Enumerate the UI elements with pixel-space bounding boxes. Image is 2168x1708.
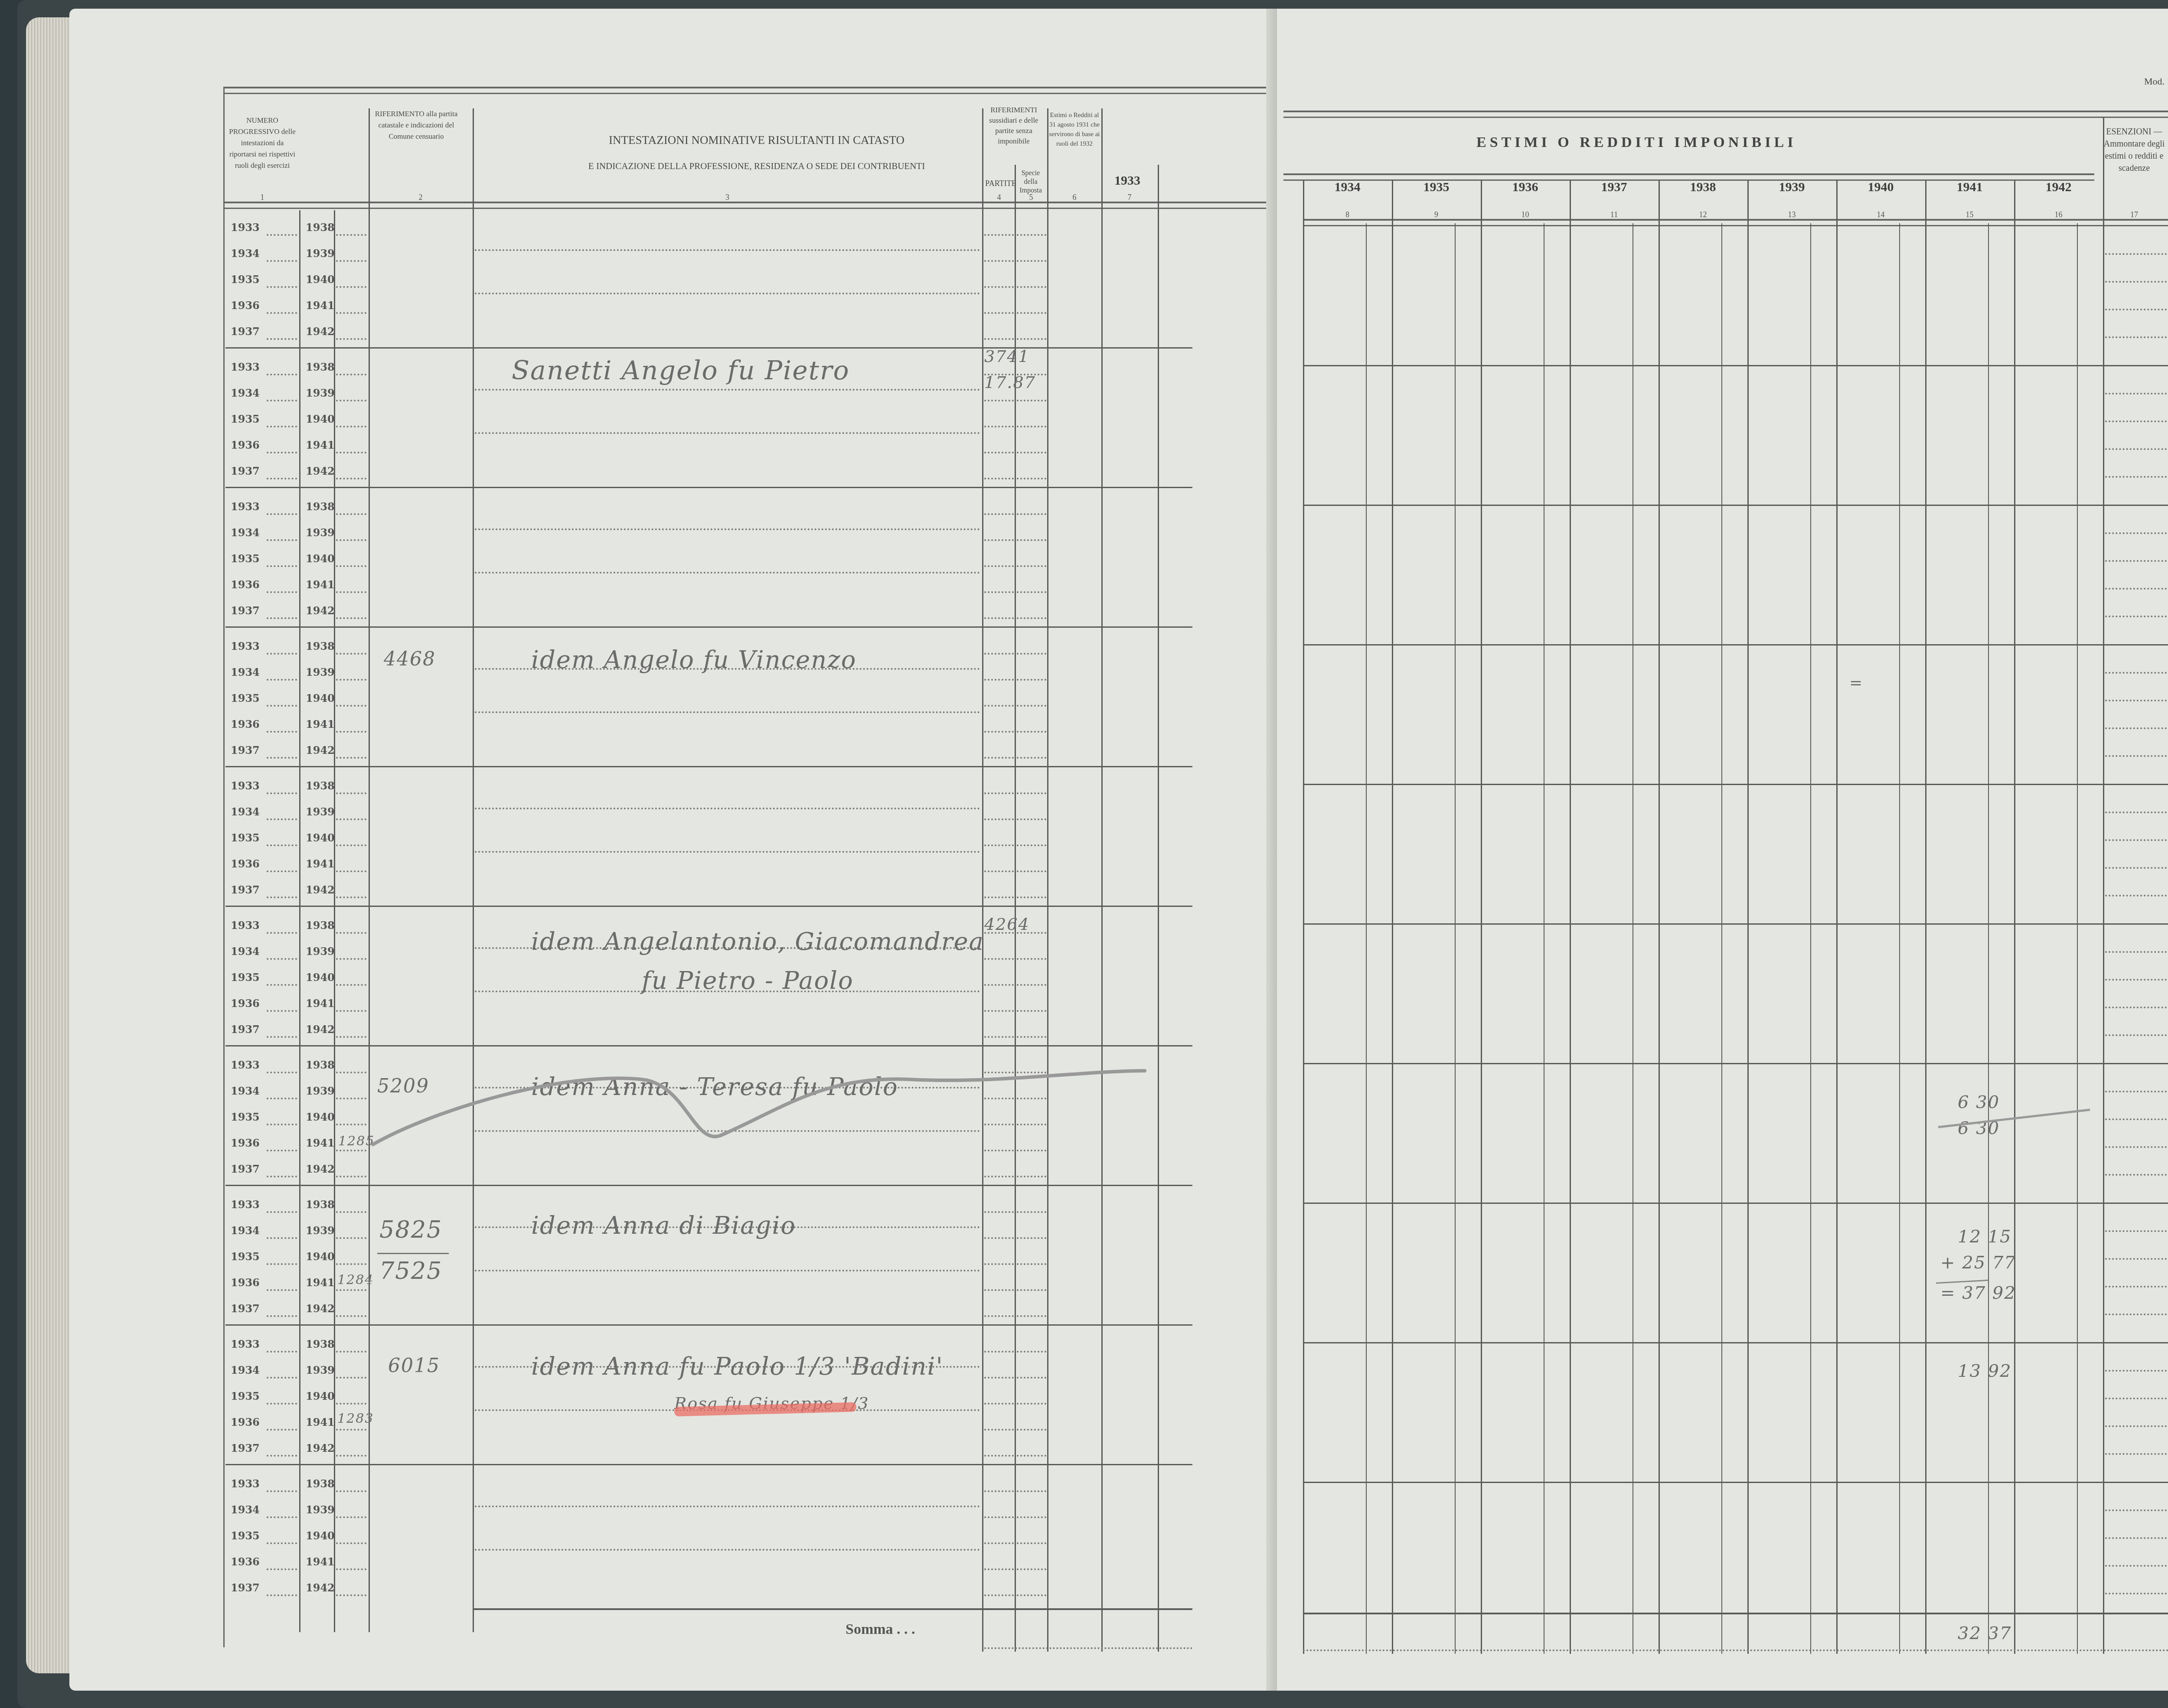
dotted-line (1017, 705, 1046, 707)
esenzioni-dotted-line (2105, 336, 2168, 338)
form-code: Mod. 111 - Imposte Dirette (Intercalare)… (2144, 76, 2168, 87)
dotted-line (267, 792, 297, 794)
left-page: NUMERO PROGRESSIVO delle intestazioni da… (69, 9, 1275, 1691)
dotted-line (336, 452, 366, 453)
esenzioni-dotted-line (2105, 420, 2168, 422)
year-label: 1937 (231, 744, 260, 756)
header-estimi-1931: Estimi o Redditi al 31 agosto 1931 che s… (1048, 111, 1100, 149)
dotted-line (336, 731, 366, 733)
val-1941-row9: 13 92 (1958, 1361, 2012, 1381)
year-label: 1933 (231, 1198, 260, 1211)
year-label: 1935 (231, 1250, 260, 1263)
dotted-line (1017, 653, 1046, 655)
dotted-line (1017, 1377, 1046, 1379)
dotted-line (1017, 338, 1046, 340)
dotted-line (336, 932, 366, 934)
esenzioni-dotted-line (2105, 1565, 2168, 1567)
esenzioni-dotted-line (2105, 700, 2168, 701)
year-label: 1938 (306, 1338, 335, 1350)
dotted-line (267, 539, 297, 541)
esenzioni-dotted-line (2105, 1593, 2168, 1594)
entry-6-name: idem Angelantonio, Giacomandrea (531, 928, 984, 956)
dotted-line (336, 1315, 366, 1317)
header-col1: NUMERO PROGRESSIVO delle intestazioni da… (228, 115, 297, 171)
row-separator (225, 1464, 1192, 1465)
year-label: 1942 (306, 883, 335, 896)
calc-1941-row8: + 25 77 (1940, 1253, 2016, 1273)
dotted-line (336, 757, 366, 759)
year-label: 1941 (306, 1137, 335, 1149)
dotted-line (336, 1036, 366, 1038)
top-rule (1283, 111, 2168, 118)
dotted-line (267, 565, 297, 567)
dotted-line (1017, 1351, 1046, 1353)
dotted-line (267, 984, 297, 986)
dotted-line (267, 870, 297, 872)
row-separator (225, 1045, 1192, 1046)
year-label: 1942 (306, 1163, 335, 1175)
dotted-line (984, 958, 1014, 960)
dotted-line (984, 1594, 1014, 1596)
dotted-line (267, 1098, 297, 1099)
dotted-line (984, 591, 1014, 593)
dotted-line (267, 1289, 297, 1291)
col-divider (1747, 180, 1749, 1654)
dotted-line (984, 400, 1014, 401)
dotted-line (267, 896, 297, 898)
col-number: 2 (371, 193, 470, 202)
year-label: 1936 (231, 1137, 260, 1149)
year-label: 1941 (306, 997, 335, 1010)
year-label: 1937 (231, 1302, 260, 1315)
dotted-line (1017, 1263, 1046, 1265)
name-dotted-line (475, 432, 980, 434)
year-label: 1934 (231, 387, 260, 399)
dotted-line (336, 565, 366, 567)
somma-1941: 32 37 (1958, 1623, 2012, 1643)
dotted-line (984, 1516, 1014, 1518)
dotted-line (984, 513, 1014, 515)
dotted-line (1017, 984, 1046, 986)
dotted-line (1017, 896, 1046, 898)
entry-9-ref: 6015 (388, 1355, 440, 1377)
dotted-line (1017, 1150, 1046, 1151)
col-number: 3 (475, 193, 980, 202)
col-number: 11 (1570, 210, 1659, 219)
dotted-line (984, 478, 1014, 479)
dotted-line (267, 1516, 297, 1518)
year-label: 1939 (306, 387, 335, 399)
dotted-line (336, 374, 366, 375)
name-dotted-line (475, 1270, 980, 1271)
year-label: 1939 (306, 945, 335, 958)
year-label: 1940 (306, 831, 335, 844)
row-separator (225, 487, 1192, 488)
col-number: 5 (1015, 193, 1047, 202)
dotted-line (1017, 426, 1046, 427)
esenzioni-dotted-line (2105, 1453, 2168, 1455)
dotted-line (336, 338, 366, 340)
year-label: 1936 (231, 1416, 260, 1428)
dotted-line (984, 1455, 1014, 1457)
row-separator (1303, 923, 2168, 925)
year-label: 1937 (231, 883, 260, 896)
dotted-line (1017, 513, 1046, 515)
dotted-line (1017, 617, 1046, 619)
year-label: 1934 (231, 945, 260, 958)
year-label: 1936 (231, 1555, 260, 1568)
dotted-line (336, 400, 366, 401)
year-label: 1939 (306, 805, 335, 818)
dotted-line (1017, 1072, 1046, 1073)
entry-7-margin-note: 1285 (338, 1134, 375, 1149)
esenzioni-dotted-line (2105, 1146, 2168, 1148)
dotted-line (267, 1455, 297, 1457)
dotted-line (984, 1315, 1014, 1317)
col-number: 4 (983, 193, 1015, 202)
col-divider (1101, 108, 1103, 1652)
entry-8-name: idem Anna di Biagio (531, 1212, 796, 1240)
dotted-line (267, 1377, 297, 1379)
year-label: 1938 (306, 779, 335, 792)
dotted-line (336, 1542, 366, 1544)
year-label: 1935 (231, 1111, 260, 1123)
dotted-line (1017, 591, 1046, 593)
dotted-line (336, 426, 366, 427)
dotted-line (1017, 1568, 1046, 1570)
dotted-line (984, 1176, 1014, 1177)
dotted-line (1017, 844, 1046, 846)
dotted-line (984, 757, 1014, 759)
name-dotted-line (475, 389, 980, 391)
dotted-line (267, 958, 297, 960)
year-label: 1939 (306, 1085, 335, 1097)
year-label: 1938 (306, 919, 335, 932)
col-number: 1 (228, 193, 297, 202)
year-label: 1938 (306, 1477, 335, 1490)
year-label: 1933 (231, 1059, 260, 1071)
dotted-line (984, 1124, 1014, 1125)
year-label: 1937 (231, 325, 260, 338)
col-number: 12 (1659, 210, 1747, 219)
entry-7-name: idem Anna - Teresa fu Paolo (531, 1073, 898, 1101)
somma-label: Somma . . . (846, 1621, 915, 1638)
dotted-line (1017, 1516, 1046, 1518)
year-label: 1941 (306, 718, 335, 730)
year-header: 1937 (1570, 180, 1659, 195)
row-separator (225, 1185, 1192, 1186)
entry-6-partite: 4264 (984, 915, 1030, 934)
col-number-17: 17 (2095, 210, 2168, 219)
row-separator (1303, 1482, 2168, 1483)
entry-4-name: idem Angelo fu Vincenzo (531, 646, 857, 674)
esenzioni-dotted-line (2105, 309, 2168, 310)
entry-8-margin-note: 1284 (337, 1272, 374, 1288)
dotted-line (267, 426, 297, 427)
year-label: 1939 (306, 526, 335, 539)
year-label: 1934 (231, 666, 260, 678)
esenzioni-dotted-line (2105, 1258, 2168, 1260)
dotted-line (267, 234, 297, 236)
dotted-line (336, 870, 366, 872)
year-label: 1933 (231, 919, 260, 932)
dotted-line (1017, 1315, 1046, 1317)
dotted-line (1017, 1429, 1046, 1431)
dotted-line (984, 1010, 1014, 1012)
dotted-line (267, 1176, 297, 1177)
dotted-line (1017, 452, 1046, 453)
dotted-line (336, 818, 366, 820)
dotted-line (267, 1237, 297, 1239)
header-riferimenti: RIFERIMENTI sussidiari e delle partite s… (983, 105, 1044, 147)
dotted-line (336, 234, 366, 236)
year-label: 1934 (231, 1224, 260, 1237)
cents-divider (1366, 223, 1367, 1654)
dotted-line (267, 1072, 297, 1073)
esenzioni-dotted-line (2105, 1509, 2168, 1511)
esenzioni-dotted-line (2105, 812, 2168, 813)
year-label: 1938 (306, 500, 335, 513)
year-label: 1933 (231, 1477, 260, 1490)
dotted-line (336, 1263, 366, 1265)
year-header: 1941 (1925, 180, 2014, 195)
dotted-line (984, 1289, 1014, 1291)
dotted-line (984, 1542, 1014, 1544)
dotted-line (336, 844, 366, 846)
esenzioni-dotted-line (2105, 979, 2168, 981)
year-label: 1937 (231, 465, 260, 477)
dotted-line (267, 286, 297, 288)
year-label: 1935 (231, 413, 260, 425)
dotted-line (336, 1351, 366, 1353)
esenzioni-dotted-line (2105, 1174, 2168, 1176)
dotted-line (336, 896, 366, 898)
dotted-line (336, 1516, 366, 1518)
dotted-line (336, 792, 366, 794)
dotted-line (336, 653, 366, 655)
year-label: 1940 (306, 1111, 335, 1123)
dotted-line (267, 452, 297, 453)
dotted-line (267, 513, 297, 515)
dotted-line (984, 1490, 1014, 1492)
dotted-line (984, 705, 1014, 707)
year-label: 1933 (231, 221, 260, 234)
col-divider (1659, 180, 1660, 1654)
dotted-line (1017, 1403, 1046, 1405)
col-number: 13 (1747, 210, 1836, 219)
dotted-line (267, 653, 297, 655)
dotted-line (1017, 565, 1046, 567)
dotted-line (984, 1403, 1014, 1405)
dotted-line (336, 1072, 366, 1073)
name-dotted-line (475, 1506, 980, 1507)
dotted-line (1017, 260, 1046, 262)
col-number: 15 (1925, 210, 2014, 219)
dotted-line (336, 1377, 366, 1379)
dotted-line (267, 1490, 297, 1492)
dotted-line (336, 539, 366, 541)
dotted-line (336, 1237, 366, 1239)
year-header: 1940 (1836, 180, 1925, 195)
entry-9-name: idem Anna fu Paolo 1/3 'Badini' (531, 1353, 944, 1381)
esenzioni-dotted-line (2105, 393, 2168, 394)
entry-8-ref: 5825 (379, 1216, 442, 1243)
col-divider (1303, 180, 1304, 1654)
year-label: 1935 (231, 1529, 260, 1542)
name-dotted-line (475, 572, 980, 574)
dotted-line (267, 679, 297, 681)
dotted-line (267, 1594, 297, 1596)
year-label: 1941 (306, 299, 335, 312)
esenzioni-dotted-line (2105, 672, 2168, 674)
dotted-line (984, 984, 1014, 986)
col-divider (1047, 108, 1048, 1652)
dotted-line (984, 312, 1014, 314)
val-1941-row4: = (1849, 674, 1863, 692)
dotted-line (984, 1150, 1014, 1151)
name-dotted-line (475, 293, 980, 294)
year-label: 1936 (231, 299, 260, 312)
year-label: 1941 (306, 578, 335, 591)
dotted-line (984, 617, 1014, 619)
col-divider (2103, 117, 2104, 1654)
entry-4-ref: 4468 (384, 648, 436, 670)
total-1941-row8: = 37 92 (1940, 1283, 2016, 1303)
year-label: 1933 (231, 361, 260, 373)
year-label: 1935 (231, 1390, 260, 1402)
dotted-line (984, 539, 1014, 541)
row-separator (225, 626, 1192, 628)
esenzioni-dotted-line (2105, 755, 2168, 757)
col-divider (1925, 180, 1926, 1654)
year-label: 1938 (306, 1059, 335, 1071)
somma-rule (473, 1608, 1192, 1610)
dotted-line (336, 1594, 366, 1596)
col-number: 8 (1303, 210, 1392, 219)
esenzioni-dotted-line (2105, 1537, 2168, 1539)
esenzioni-dotted-line (2105, 1091, 2168, 1092)
year-label: 1933 (231, 640, 260, 652)
col-divider (982, 108, 983, 1652)
col-divider (2014, 180, 2015, 1654)
dotted-line (336, 1403, 366, 1405)
cents-divider (1633, 223, 1633, 1654)
dotted-line (984, 1098, 1014, 1099)
header-specie: Specie della Imposta (1015, 169, 1046, 195)
year-label: 1942 (306, 1581, 335, 1594)
year-label: 1942 (306, 744, 335, 756)
dotted-line (267, 705, 297, 707)
cents-divider (2077, 223, 2078, 1654)
name-dotted-line (475, 528, 980, 530)
val-1941-row8: 12 15 (1958, 1227, 2012, 1247)
esenzioni-dotted-line (2105, 1314, 2168, 1315)
dotted-line (984, 1072, 1014, 1073)
dotted-line (984, 1036, 1014, 1038)
dotted-line (267, 1403, 297, 1405)
dotted-line (267, 617, 297, 619)
year-label: 1936 (231, 439, 260, 451)
year-label: 1942 (306, 1442, 335, 1454)
esenzioni-dotted-line (2105, 839, 2168, 841)
dotted-line (267, 1542, 297, 1544)
dotted-line (984, 234, 1014, 236)
dotted-line (267, 338, 297, 340)
dotted-line (267, 1036, 297, 1038)
esenzioni-dotted-line (2105, 1398, 2168, 1399)
year-label: 1939 (306, 666, 335, 678)
col-divider (473, 108, 474, 1632)
esenzioni-dotted-line (2105, 727, 2168, 729)
dotted-line (267, 757, 297, 759)
esenzioni-dotted-line (2105, 1118, 2168, 1120)
dotted-line (267, 1150, 297, 1151)
esenzioni-dotted-line (2105, 1034, 2168, 1036)
cents-divider (1810, 223, 1811, 1654)
dotted-line (267, 1211, 297, 1213)
dotted-line (1017, 731, 1046, 733)
year-label: 1939 (306, 1503, 335, 1516)
dotted-line (1017, 1124, 1046, 1125)
esenzioni-dotted-line (2105, 951, 2168, 953)
esenzioni-dotted-line (2105, 1230, 2168, 1232)
dotted-line (984, 286, 1014, 288)
dotted-line (984, 452, 1014, 453)
dotted-line (984, 1263, 1014, 1265)
dotted-line (336, 1176, 366, 1177)
year-label: 1939 (306, 247, 335, 260)
dotted-line (984, 792, 1014, 794)
header-partite: PARTITE (983, 176, 1018, 191)
dotted-line (984, 565, 1014, 567)
esenzioni-dotted-line (2105, 281, 2168, 283)
dotted-line (267, 312, 297, 314)
dotted-line (267, 478, 297, 479)
year-label: 1940 (306, 273, 335, 286)
cents-divider (1988, 223, 1989, 1654)
dotted-line (267, 374, 297, 375)
name-dotted-line (475, 1549, 980, 1551)
dotted-line (1017, 1542, 1046, 1544)
row-separator (1303, 1203, 2168, 1204)
row-separator (225, 766, 1192, 767)
entry-9-margin-note: 1283 (337, 1411, 374, 1426)
dotted-line (267, 1263, 297, 1265)
name-dotted-line (475, 808, 980, 809)
year-label: 1933 (231, 779, 260, 792)
dotted-line (336, 591, 366, 593)
dotted-line (984, 1351, 1014, 1353)
row-separator (1303, 505, 2168, 506)
col-divider (1158, 165, 1159, 1652)
dotted-line (1017, 1455, 1046, 1457)
year-label: 1935 (231, 971, 260, 984)
esenzioni-dotted-line (2105, 476, 2168, 478)
year-label: 1942 (306, 1023, 335, 1036)
col-number: 9 (1392, 210, 1481, 219)
dotted-line (1017, 234, 1046, 236)
year-label: 1935 (231, 552, 260, 565)
dotted-line (267, 260, 297, 262)
year-header: 1938 (1659, 180, 1747, 195)
year-header: 1935 (1392, 180, 1481, 195)
year-header: 1936 (1481, 180, 1570, 195)
dotted-line (1017, 1289, 1046, 1291)
dotted-line (336, 1211, 366, 1213)
year-label: 1936 (231, 997, 260, 1010)
esenzioni-dotted-line (2105, 867, 2168, 869)
year-label: 1940 (306, 552, 335, 565)
